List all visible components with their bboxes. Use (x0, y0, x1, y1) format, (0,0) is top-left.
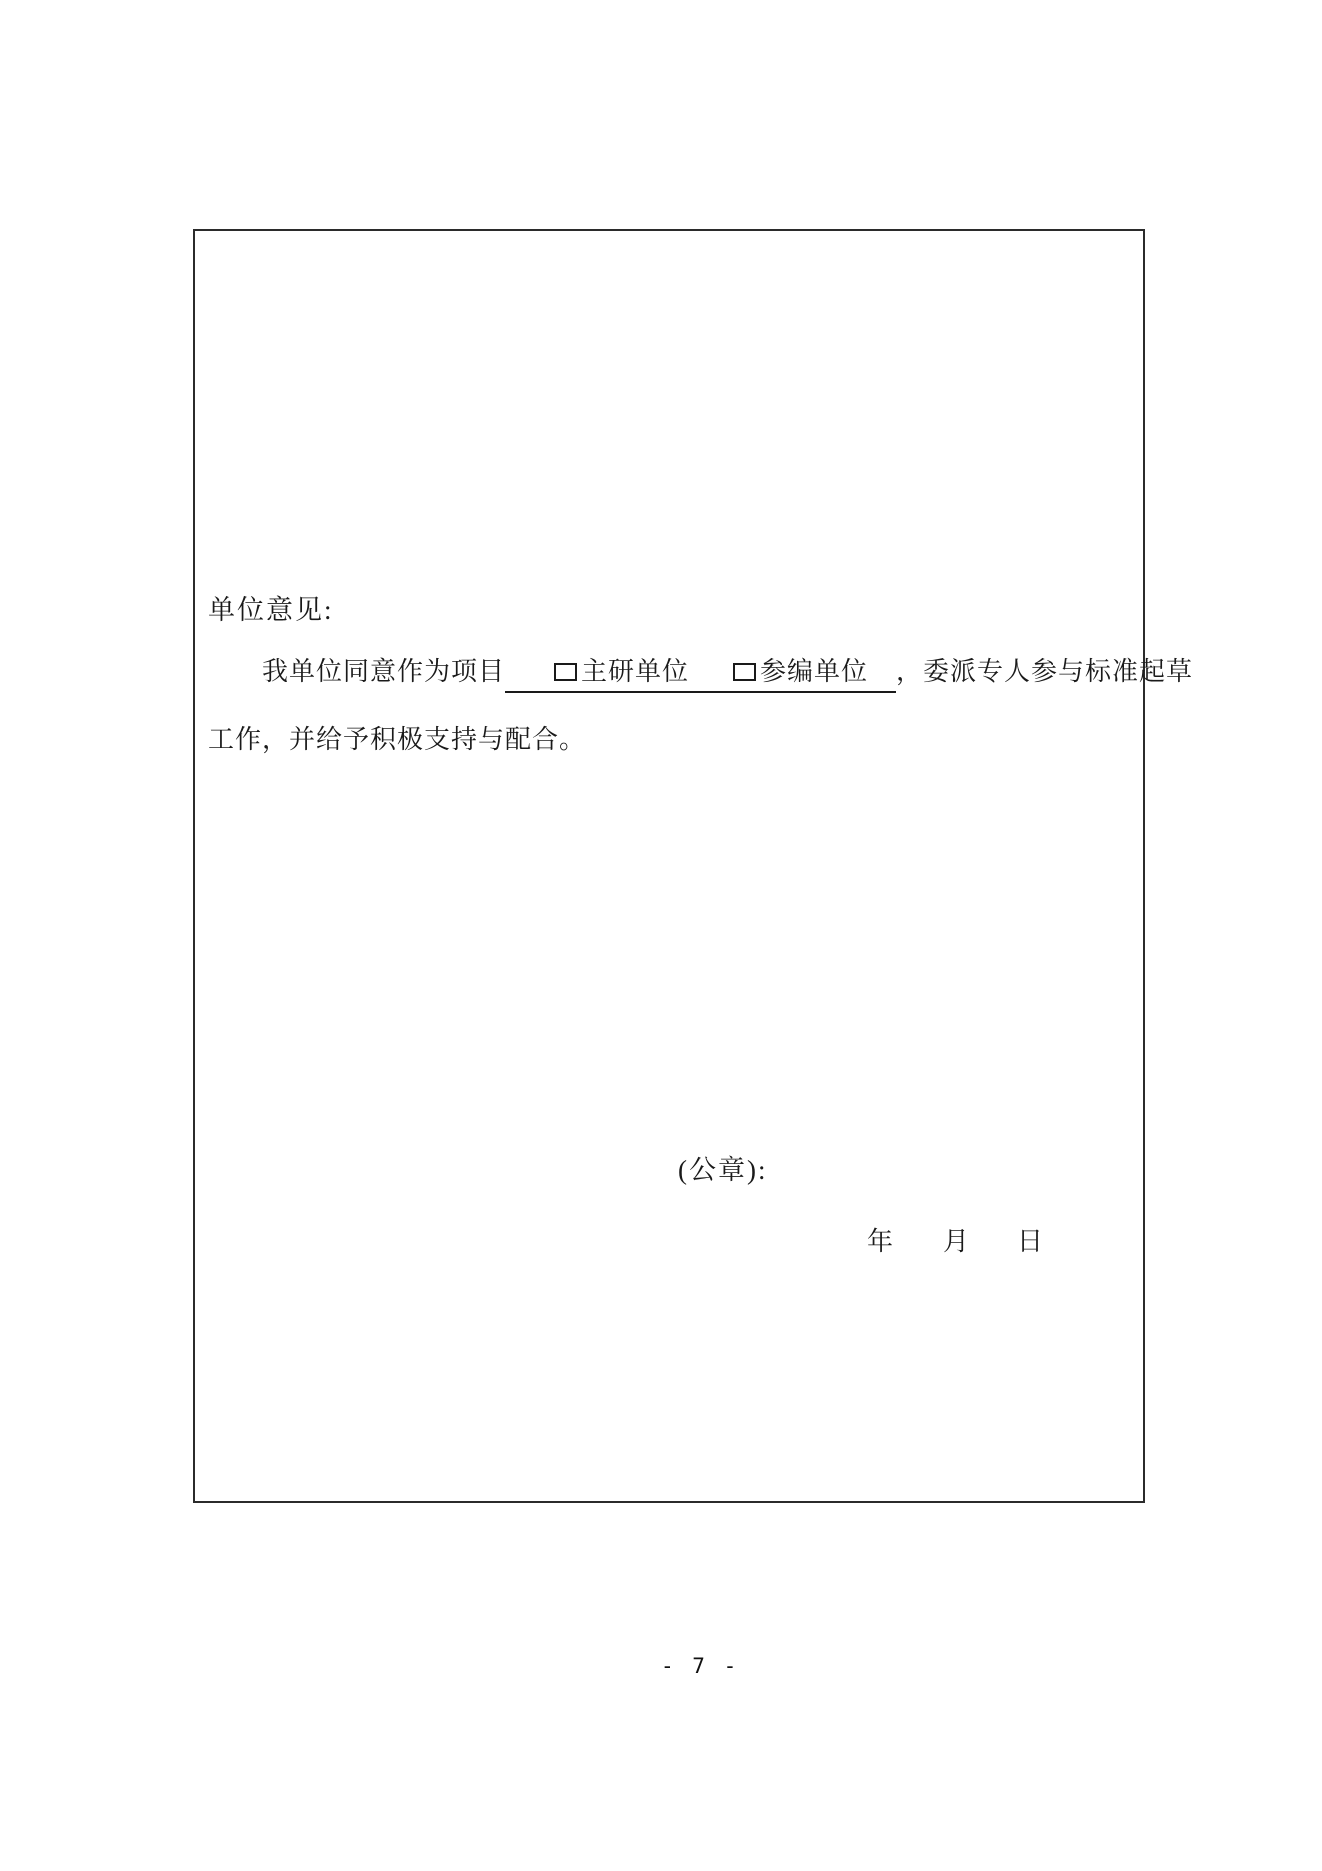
blank-underline-1 (505, 678, 554, 680)
page-number: - 7 - (661, 1654, 739, 1678)
opinion-form-frame (193, 229, 1145, 1503)
document-page: 单位意见: 我单位同意作为项目主研单位参编单位，委派专人参与标准起草 工作，并给… (0, 0, 1322, 1871)
option-primary-research-unit: 主研单位 (554, 657, 689, 686)
blank-underline-3 (868, 678, 896, 680)
statement-suffix: ，委派专人参与标准起草 (896, 657, 1193, 686)
option-participating-unit: 参编单位 (733, 657, 868, 686)
date-year-label: 年 (867, 1227, 894, 1256)
date-line: 年月日 (867, 1225, 1044, 1259)
participating-unit-label: 参编单位 (760, 657, 868, 686)
blank-underline-2 (689, 678, 733, 680)
official-seal-label: (公章): (678, 1153, 767, 1187)
participating-unit-checkbox[interactable] (733, 663, 756, 681)
primary-research-unit-checkbox[interactable] (554, 663, 577, 681)
statement-line-1: 我单位同意作为项目主研单位参编单位，委派专人参与标准起草 (262, 655, 1193, 693)
section-title-unit-opinion: 单位意见: (208, 593, 334, 627)
date-day-label: 日 (1017, 1227, 1044, 1256)
statement-prefix: 我单位同意作为项目 (262, 657, 505, 686)
statement-line-2: 工作，并给予积极支持与配合。 (208, 723, 586, 757)
primary-research-unit-label: 主研单位 (581, 657, 689, 686)
fill-in-underline: 主研单位参编单位 (505, 655, 896, 693)
date-month-label: 月 (943, 1227, 970, 1256)
